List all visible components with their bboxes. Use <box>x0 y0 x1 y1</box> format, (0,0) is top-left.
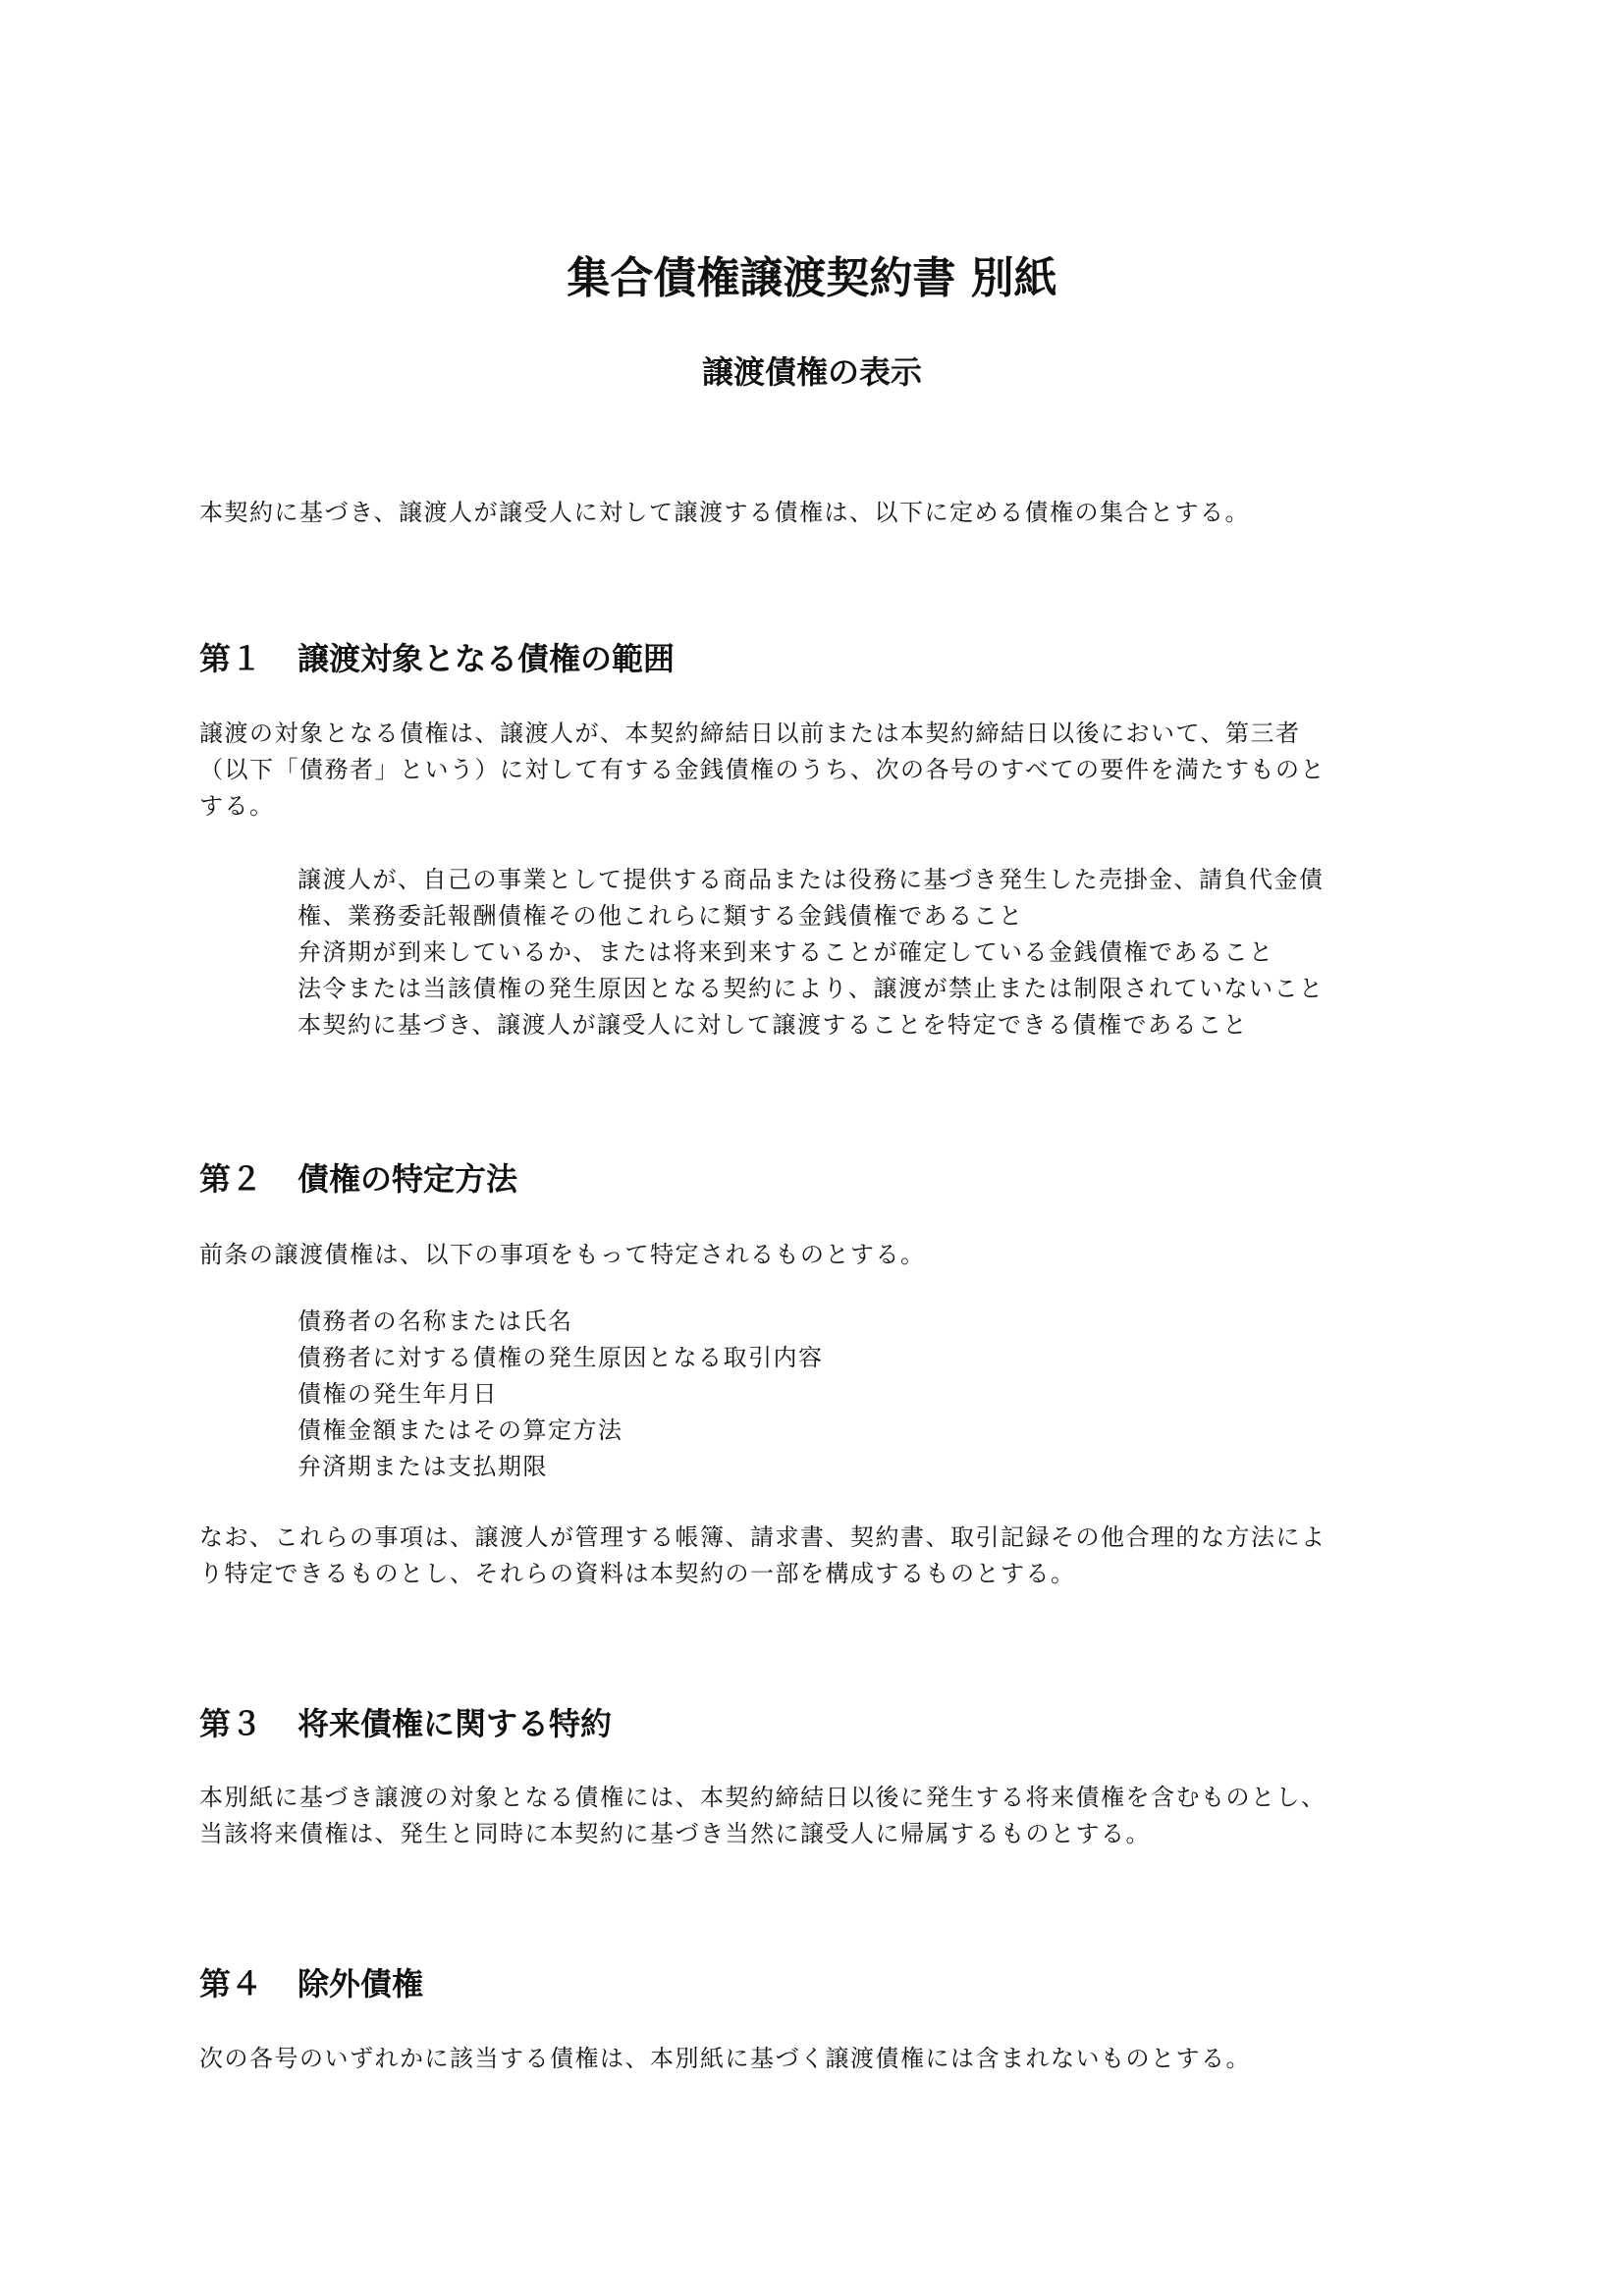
section-1-body: 譲渡の対象となる債権は、譲渡人が、本契約締結日以前または本契約締結日以後において… <box>199 716 1436 825</box>
section-2-title: 債権の特定方法 <box>298 1160 517 1198</box>
section-4-heading: 第４除外債権 <box>199 1963 423 2004</box>
list-item: 債務者に対する債権の発生原因となる取引内容 <box>298 1340 824 1376</box>
section-1-title: 譲渡対象となる債権の範囲 <box>298 640 675 677</box>
section-2-number: 第２ <box>199 1158 298 1200</box>
section-2-note-line: り特定できるものとし、それらの資料は本契約の一部を構成するものとする。 <box>199 1556 1436 1592</box>
section-3-body-line: 当該将来債権は、発生と同時に本契約に基づき当然に譲受人に帰属するものとする。 <box>199 1816 1436 1852</box>
section-3-body: 本別紙に基づき譲渡の対象となる債権には、本契約締結日以後に発生する将来債権を含む… <box>199 1780 1436 1852</box>
list-item: 債務者の名称または氏名 <box>298 1304 824 1340</box>
document-page: 集合債権譲渡契約書 別紙 譲渡債権の表示 本契約に基づき、譲渡人が譲受人に対して… <box>0 0 1624 2296</box>
section-3-title: 将来債権に関する特約 <box>298 1705 612 1742</box>
list-item: 譲渡人が、自己の事業として提供する商品または役務に基づき発生した売掛金、請負代金… <box>298 862 1325 898</box>
intro-paragraph: 本契約に基づき、譲渡人が譲受人に対して譲渡する債権は、以下に定める債権の集合とす… <box>199 495 1436 531</box>
section-2-body-line: 前条の譲渡債権は、以下の事項をもって特定されるものとする。 <box>199 1237 1436 1273</box>
section-2-body: 前条の譲渡債権は、以下の事項をもって特定されるものとする。 <box>199 1237 1436 1273</box>
section-2-note: なお、これらの事項は、譲渡人が管理する帳簿、請求書、契約書、取引記録その他合理的… <box>199 1520 1436 1592</box>
list-item: 弁済期が到来しているか、または将来到来することが確定している金銭債権であること <box>298 934 1325 971</box>
section-2-heading: 第２債権の特定方法 <box>199 1158 517 1200</box>
section-1-body-line: （以下「債務者」という）に対して有する金銭債権のうち、次の各号のすべての要件を満… <box>199 752 1436 788</box>
section-2-identification-list: 債務者の名称または氏名 債務者に対する債権の発生原因となる取引内容 債権の発生年… <box>298 1304 824 1485</box>
list-item: 権、業務委託報酬債権その他これらに類する金銭債権であること <box>298 898 1325 934</box>
section-4-number: 第４ <box>199 1963 298 2004</box>
section-4-title: 除外債権 <box>298 1965 423 2002</box>
section-3-number: 第３ <box>199 1703 298 1744</box>
section-3-heading: 第３将来債権に関する特約 <box>199 1703 612 1744</box>
list-item: 法令または当該債権の発生原因となる契約により、譲渡が禁止または制限されていないこ… <box>298 971 1325 1007</box>
list-item: 債権の発生年月日 <box>298 1376 824 1413</box>
document-subtitle: 譲渡債権の表示 <box>0 351 1624 393</box>
section-1-heading: 第１譲渡対象となる債権の範囲 <box>199 638 675 679</box>
list-item: 弁済期または支払期限 <box>298 1449 824 1485</box>
section-4-body-line: 次の各号のいずれかに該当する債権は、本別紙に基づく譲渡債権には含まれないものとす… <box>199 2041 1436 2077</box>
section-3-body-line: 本別紙に基づき譲渡の対象となる債権には、本契約締結日以後に発生する将来債権を含む… <box>199 1780 1436 1816</box>
document-title: 集合債権譲渡契約書 別紙 <box>0 251 1624 306</box>
section-1-requirements-list: 譲渡人が、自己の事業として提供する商品または役務に基づき発生した売掛金、請負代金… <box>298 862 1325 1043</box>
section-1-number: 第１ <box>199 638 298 679</box>
section-1-body-line: 譲渡の対象となる債権は、譲渡人が、本契約締結日以前または本契約締結日以後において… <box>199 716 1436 752</box>
section-2-note-line: なお、これらの事項は、譲渡人が管理する帳簿、請求書、契約書、取引記録その他合理的… <box>199 1520 1436 1556</box>
list-item: 本契約に基づき、譲渡人が譲受人に対して譲渡することを特定できる債権であること <box>298 1007 1325 1043</box>
list-item: 債権金額またはその算定方法 <box>298 1413 824 1449</box>
section-4-body: 次の各号のいずれかに該当する債権は、本別紙に基づく譲渡債権には含まれないものとす… <box>199 2041 1436 2077</box>
section-1-body-line: する。 <box>199 788 1436 825</box>
